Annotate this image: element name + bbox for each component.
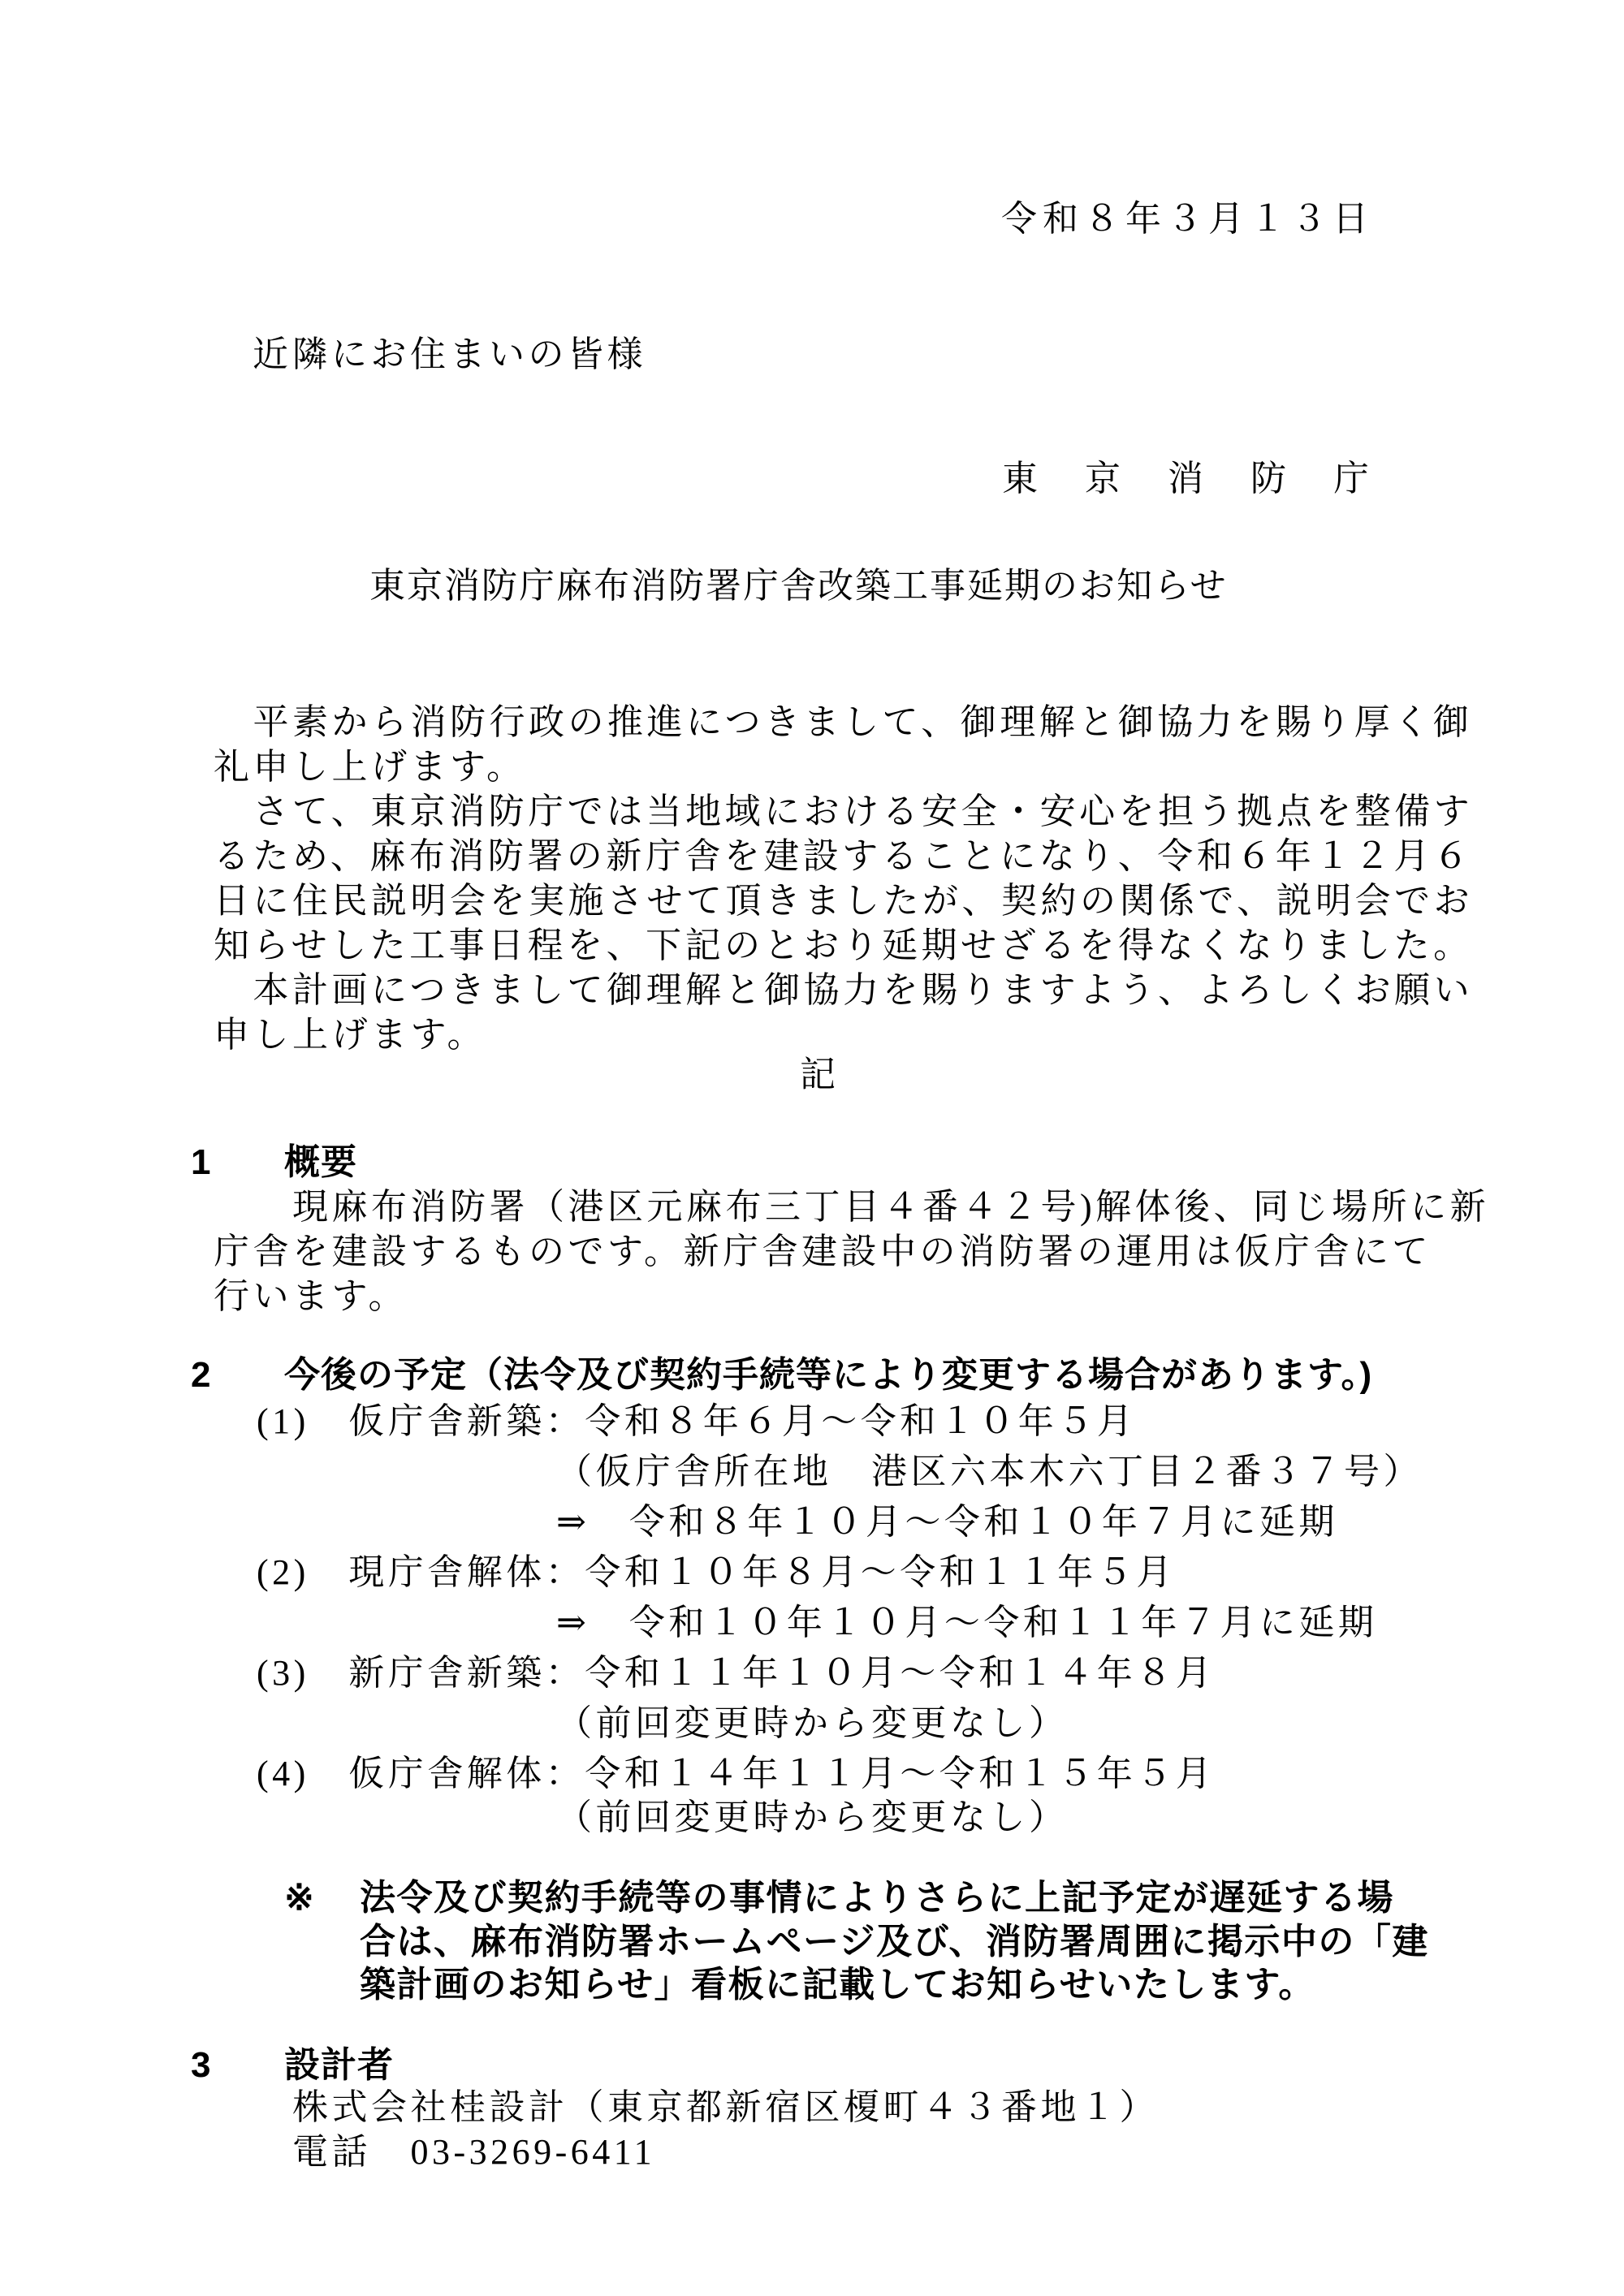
designer-phone-line: 電話 03-3269-6411	[214, 2133, 655, 2172]
schedule-item-1-revised: ⇒ 令和８年１０月～令和１０年７月に延期	[556, 1503, 1338, 1542]
section-2-number: 2	[191, 1356, 211, 1395]
designer-name-line: 株式会社桂設計（東京都新宿区榎町４３番地１）	[214, 2088, 1159, 2127]
note-marker: ※	[284, 1879, 315, 1918]
note-line: 築計画のお知らせ」看板に記載してお知らせいたします。	[360, 1966, 1315, 2005]
document-date: 令和８年３月１３日	[1001, 200, 1374, 239]
schedule-item-4-revised: （前回変更時から変更なし）	[556, 1798, 1069, 1837]
body-line: 平素から消防行政の推進につきまして、御理解と御協力を賜り厚く御	[214, 703, 1472, 742]
record-marker: 記	[800, 1055, 840, 1094]
section-3-title: 設計者	[284, 2046, 394, 2085]
body-line: 本計画につきまして御理解と御協力を賜りますよう、よろしくお願い	[214, 971, 1473, 1010]
body-line: 申し上げます。	[214, 1016, 486, 1055]
schedule-item-3-revised: （前回変更時から変更なし）	[556, 1704, 1069, 1743]
body-line: さて、東京消防庁では当地域における安全・安心を担う拠点を整備す	[214, 792, 1473, 831]
section-1-line: 庁舎を建設するものです。新庁舎建設中の消防署の運用は仮庁舎にて	[214, 1232, 1432, 1271]
schedule-item-2: (2) 現庁舎解体：令和１０年８月～令和１１年５月	[257, 1553, 1176, 1592]
schedule-item-1-location: （仮庁舎所在地 港区六本木六丁目２番３７号）	[556, 1452, 1423, 1491]
note-line: 合は、麻布消防署ホームページ及び、消防署周囲に掲示中の「建	[360, 1923, 1429, 1962]
document-page: 令和８年３月１３日 近隣にお住まいの皆様 東 京 消 防 庁 東京消防庁麻布消防…	[0, 0, 1624, 2296]
schedule-item-1: (1) 仮庁舎新築：令和８年６月～令和１０年５月	[257, 1402, 1136, 1441]
schedule-item-3: (3) 新庁舎新築：令和１１年１０月～令和１４年８月	[257, 1654, 1215, 1693]
section-1-line: 現麻布消防署（港区元麻布三丁目４番４２号)解体後、同じ場所に新	[214, 1188, 1489, 1227]
body-line: 日に住民説明会を実施させて頂きましたが、契約の関係で、説明会でお	[214, 882, 1473, 921]
body-line: るため、麻布消防署の新庁舎を建設することになり、令和６年１２月６	[214, 837, 1472, 876]
sender-line: 東 京 消 防 庁	[1002, 460, 1375, 498]
section-3-number: 3	[191, 2046, 211, 2085]
section-1-title: 概要	[284, 1143, 357, 1182]
schedule-item-2-revised: ⇒ 令和１０年１０月～令和１１年７月に延期	[556, 1603, 1377, 1642]
body-line: 礼申し上げます。	[214, 748, 525, 787]
section-1-number: 1	[191, 1143, 211, 1182]
section-1-line: 行います。	[214, 1277, 408, 1316]
body-line: 知らせした工事日程を、下記のとおり延期せざるを得なくなりました。	[214, 926, 1473, 965]
document-title: 東京消防庁麻布消防署庁舎改築工事延期のお知らせ	[369, 567, 1228, 606]
schedule-item-4: (4) 仮庁舎解体：令和１４年１１月～令和１５年５月	[257, 1754, 1215, 1793]
section-2-title: 今後の予定（法令及び契約手続等により変更する場合があります。)	[284, 1356, 1372, 1395]
recipient-line: 近隣にお住まいの皆様	[253, 335, 646, 374]
note-line: 法令及び契約手続等の事情によりさらに上記予定が遅延する場	[360, 1879, 1394, 1918]
